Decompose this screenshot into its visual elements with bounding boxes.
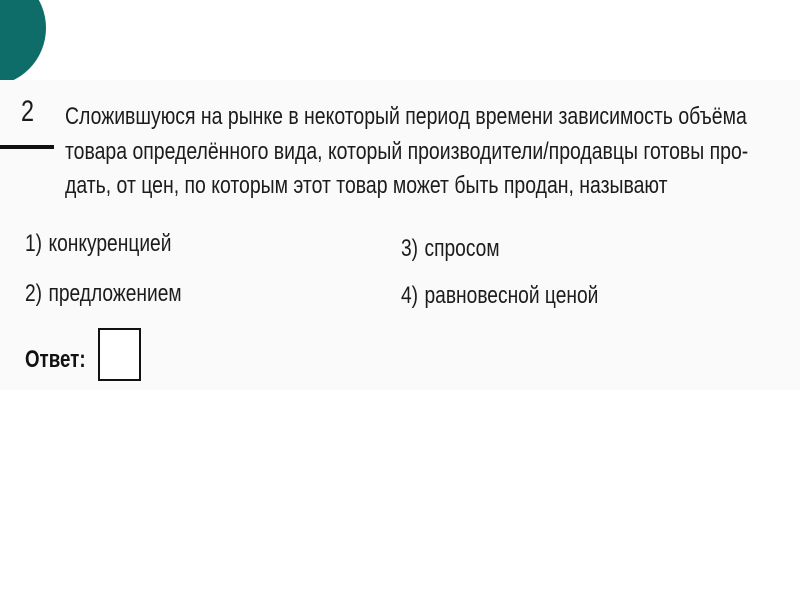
option-text: спросом — [424, 235, 499, 262]
option-number: 2) — [25, 280, 42, 307]
decorative-corner-arc — [0, 0, 46, 86]
answer-label: Ответ: — [25, 346, 86, 374]
option-3: 3)спросом — [401, 235, 500, 263]
option-2: 2)предложением — [25, 280, 182, 308]
answer-input-box[interactable] — [98, 328, 141, 381]
option-text: предложением — [48, 280, 181, 307]
option-number: 1) — [25, 230, 42, 257]
question-line: товара определённого вида, который произ… — [65, 135, 794, 170]
option-number: 4) — [401, 282, 418, 309]
option-1: 1)конкуренцией — [25, 230, 171, 258]
option-text: равновесной ценой — [424, 282, 598, 309]
question-text: Сложившуюся на рынке в некоторый период … — [65, 100, 794, 204]
option-number: 3) — [401, 235, 418, 262]
option-4: 4)равновесной ценой — [401, 282, 598, 310]
option-text: конкуренцией — [48, 230, 171, 257]
task-number-underline — [0, 145, 54, 149]
task-number: 2 — [21, 95, 34, 129]
question-line: Сложившуюся на рынке в некоторый период … — [65, 100, 794, 135]
question-line: дать, от цен, по которым этот товар може… — [65, 169, 794, 204]
